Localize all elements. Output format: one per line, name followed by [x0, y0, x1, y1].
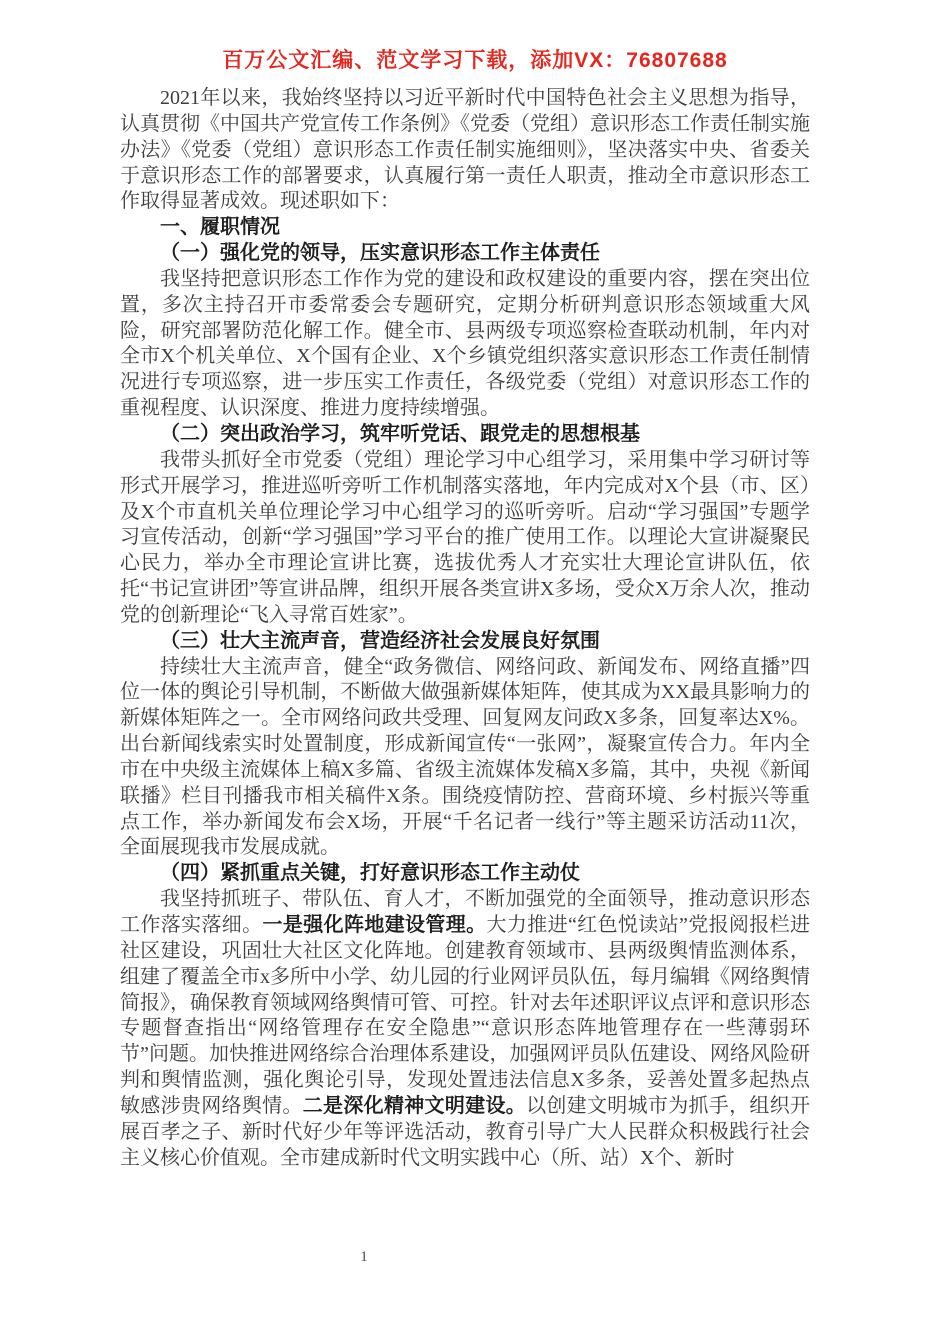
text-run: 持续壮大主流声音，健全“政务微信、网络问政、新闻发布、网络直播”四位一体的舆论引…	[120, 656, 810, 859]
heading-2: （一）强化党的领导，压实意识形态工作主体责任	[120, 241, 810, 267]
text-run: 2021年以来，我始终坚持以习近平新时代中国特色社会主义思想为指导，认真贯彻《中…	[120, 87, 810, 212]
bold-text-run: 二是深化精神文明建设。	[303, 1095, 526, 1117]
bold-text-run: （二）突出政治学习，筑牢听党话、跟党走的思想根基	[160, 423, 640, 445]
bold-text-run: （三）壮大主流声音，营造经济社会发展良好氛围	[160, 630, 600, 652]
bold-text-run: 一是强化阵地建设管理。	[263, 914, 487, 936]
promo-header-text: 百万公文汇编、范文学习下载，添加VX：76807688	[0, 44, 950, 74]
heading-2: （三）壮大主流声音，营造经济社会发展良好氛围	[120, 629, 810, 655]
bold-text-run: 一、履职情况	[160, 216, 280, 238]
text-run: 大力推进“红色悦读站”党报阅报栏进社区建设，巩固壮大社区文化阵地。创建教育领域市…	[120, 914, 810, 1117]
text-run: 我坚持把意识形态工作作为党的建设和政权建设的重要内容，摆在突出位置，多次主持召开…	[120, 268, 810, 419]
heading-1: 一、履职情况	[120, 215, 810, 241]
paragraph: 2021年以来，我始终坚持以习近平新时代中国特色社会主义思想为指导，认真贯彻《中…	[120, 86, 810, 215]
document-body: 2021年以来，我始终坚持以习近平新时代中国特色社会主义思想为指导，认真贯彻《中…	[120, 86, 810, 1171]
document-page: 百万公文汇编、范文学习下载，添加VX：76807688 2021年以来，我始终坚…	[0, 0, 950, 1344]
paragraph: 我坚持把意识形态工作作为党的建设和政权建设的重要内容，摆在突出位置，多次主持召开…	[120, 267, 810, 422]
paragraph: 我坚持抓班子、带队伍、育人才，不断加强党的全面领导，推动意识形态工作落实落细。一…	[120, 887, 810, 1171]
text-run: 我带头抓好全市党委（党组）理论学习中心组学习，采用集中学习研讨等形式开展学习，推…	[120, 449, 810, 626]
paragraph: 持续壮大主流声音，健全“政务微信、网络问政、新闻发布、网络直播”四位一体的舆论引…	[120, 655, 810, 862]
heading-2: （四）紧抓重点关键，打好意识形态工作主动仗	[120, 861, 810, 887]
page-number: 1	[352, 1249, 376, 1266]
bold-text-run: （一）强化党的领导，压实意识形态工作主体责任	[160, 242, 600, 264]
bold-text-run: （四）紧抓重点关键，打好意识形态工作主动仗	[160, 862, 580, 884]
heading-2: （二）突出政治学习，筑牢听党话、跟党走的思想根基	[120, 422, 810, 448]
paragraph: 我带头抓好全市党委（党组）理论学习中心组学习，采用集中学习研讨等形式开展学习，推…	[120, 448, 810, 629]
